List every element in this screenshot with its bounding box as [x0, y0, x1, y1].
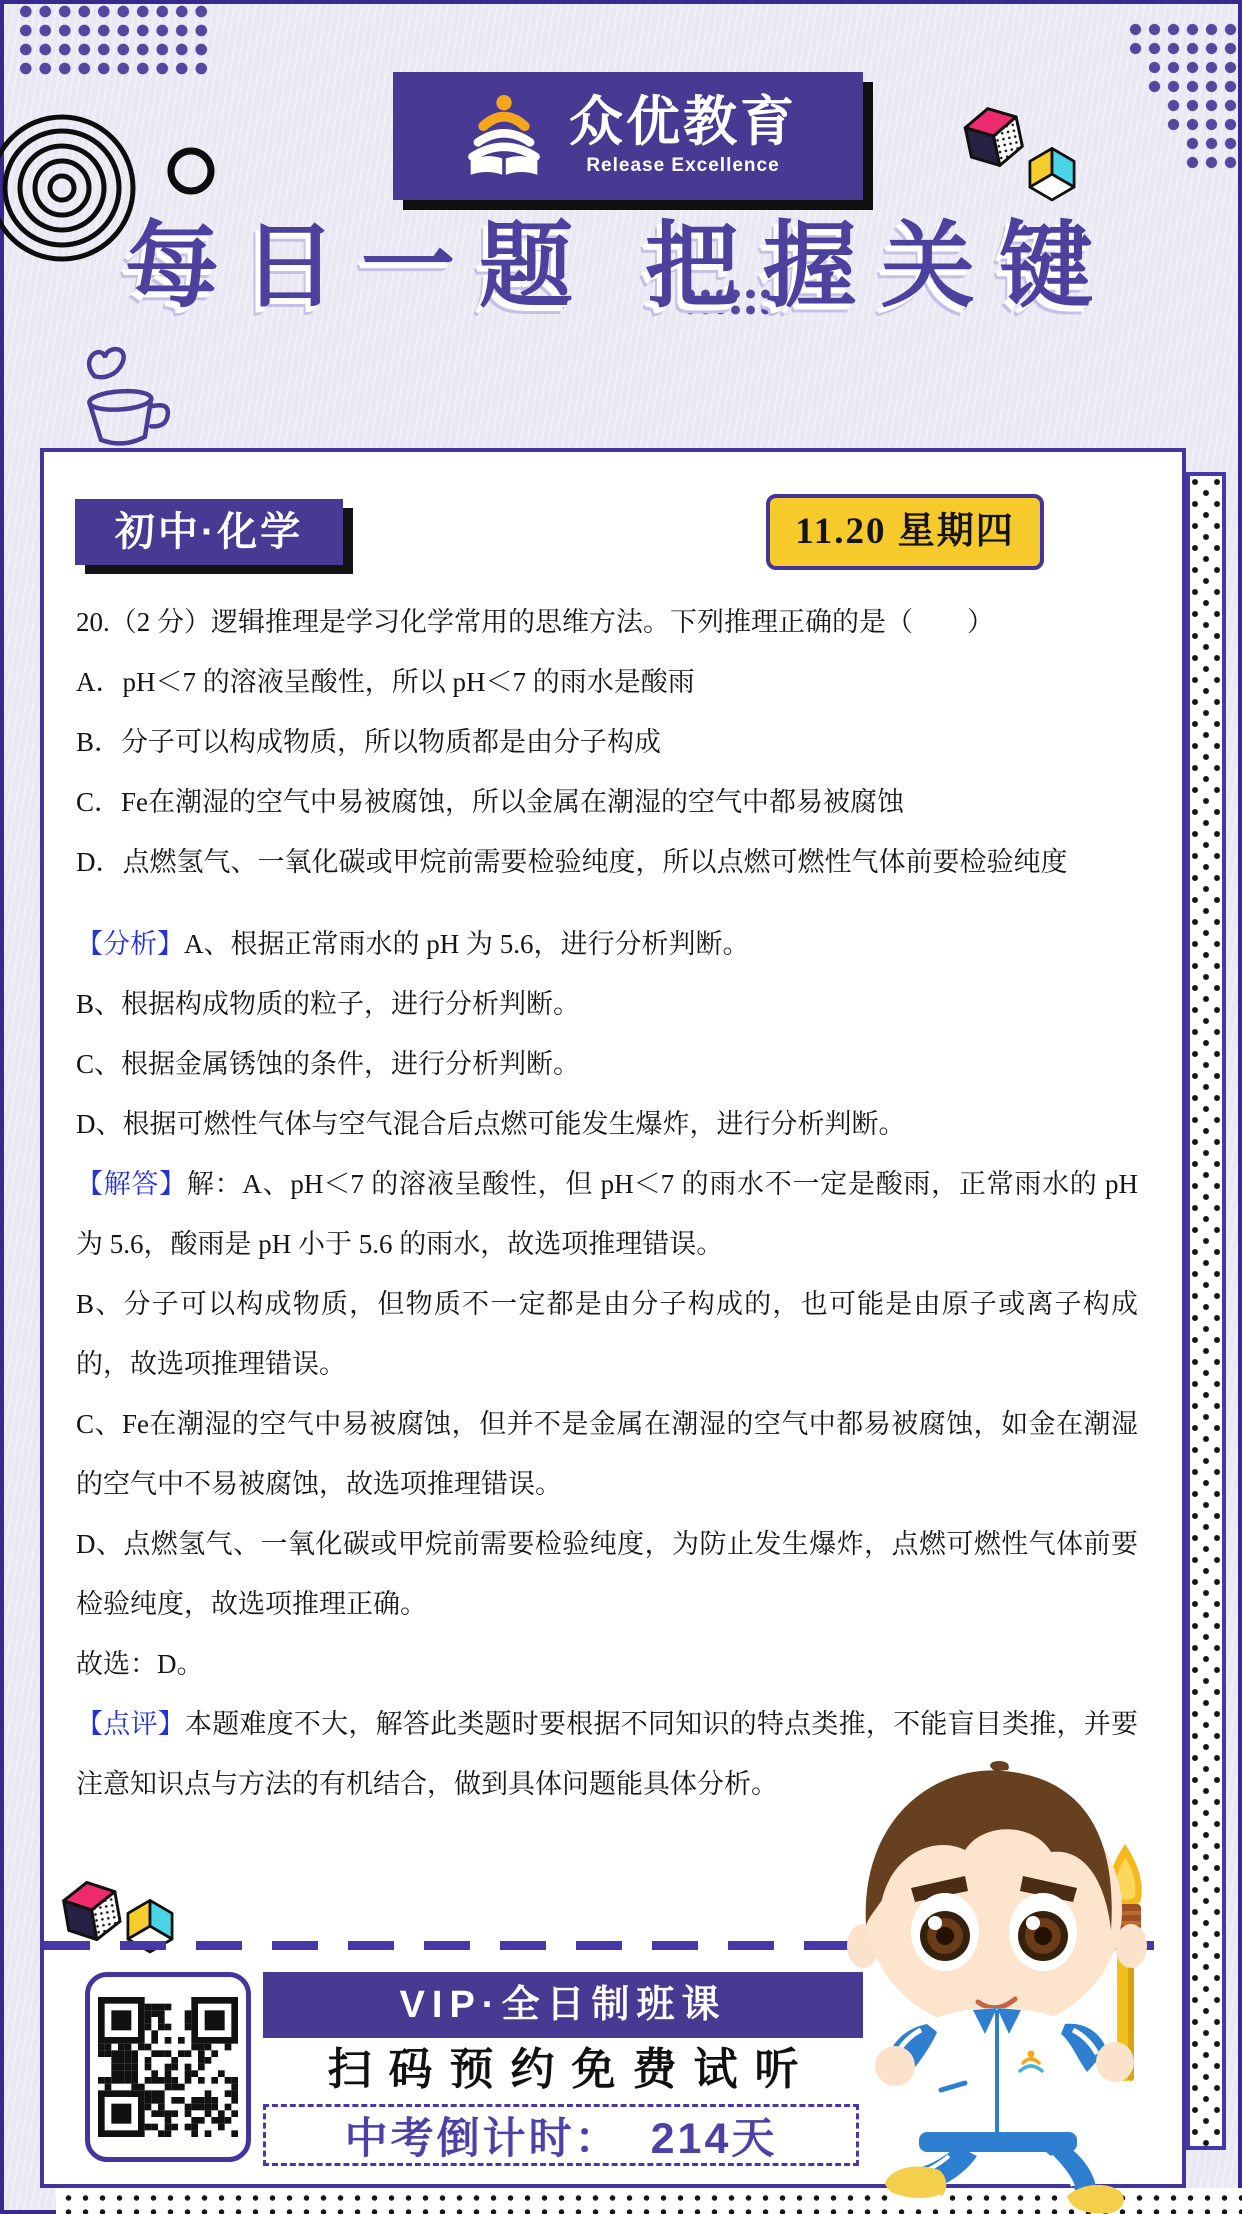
solution-line: D、点燃氢气、一氧化碳或甲烷前需要检验纯度，为防止发生爆炸，点燃可燃性气体前要检…: [76, 1514, 1138, 1634]
dots-pattern-top-left: [16, 2, 214, 78]
logo-name: 众优教育: [569, 95, 797, 149]
logo-book-icon: [459, 90, 549, 182]
date-badge: 11.20 星期四: [766, 494, 1044, 570]
poster-page: 众优教育 Release Excellence 每日一题把握关键: [0, 0, 1242, 2214]
page-title-part2: 把握关键: [645, 213, 1117, 318]
solution-line: C、Fe在潮湿的空气中易被腐蚀，但并不是金属在潮湿的空气中都易被腐蚀，如金在潮湿…: [76, 1394, 1138, 1514]
dots-pattern-top-right: [1126, 20, 1239, 173]
solution-line: B、分子可以构成物质，但物质不一定都是由分子构成的，也可能是由原子或离子构成的，…: [76, 1274, 1138, 1394]
logo-tagline: Release Excellence: [569, 155, 797, 177]
page-title: 每日一题把握关键: [0, 190, 1242, 325]
analysis-label: 【分析】: [76, 929, 184, 959]
option-a: A．pH＜7 的溶液呈酸性，所以 pH＜7 的雨水是酸雨: [76, 652, 1138, 712]
scan-cta-text: 扫码预约免费试听: [263, 2038, 863, 2102]
coffee-cup-icon: [44, 333, 208, 460]
mascot-illustration: [845, 1758, 1150, 2214]
countdown-value: 214天: [651, 2105, 778, 2166]
qr-code: [85, 1972, 251, 2162]
vip-banner: VIP·全日制班课: [263, 1972, 863, 2038]
dotted-strip-right: [1186, 472, 1226, 2150]
subject-badge: 初中·化学: [75, 499, 343, 565]
solution-answer: 故选：D。: [76, 1634, 1138, 1694]
question-content: 20.（2 分）逻辑推理是学习化学常用的思维方法。下列推理正确的是（ ） A．p…: [76, 592, 1138, 1814]
question-stem: 20.（2 分）逻辑推理是学习化学常用的思维方法。下列推理正确的是（ ）: [76, 592, 1138, 652]
solution-line: 【解答】解：A、pH＜7 的溶液呈酸性，但 pH＜7 的雨水不一定是酸雨，正常雨…: [76, 1154, 1138, 1274]
analysis-line: B、根据构成物质的粒子，进行分析判断。: [76, 974, 1138, 1034]
logo-banner: 众优教育 Release Excellence: [393, 72, 863, 200]
analysis-line: C、根据金属锈蚀的条件，进行分析判断。: [76, 1034, 1138, 1094]
option-b: B．分子可以构成物质，所以物质都是由分子构成: [76, 712, 1138, 772]
analysis-line: 【分析】A、根据正常雨水的 pH 为 5.6，进行分析判断。: [76, 914, 1138, 974]
option-d: D．点燃氢气、一氧化碳或甲烷前需要检验纯度，所以点燃可燃性气体前要检验纯度: [76, 832, 1138, 892]
page-title-part1: 每日一题: [125, 213, 597, 318]
analysis-line: D、根据可燃性气体与空气混合后点燃可能发生爆炸，进行分析判断。: [76, 1094, 1138, 1154]
solution-label: 【解答】: [76, 1169, 187, 1199]
countdown-box: 中考倒计时： 214天: [263, 2104, 859, 2166]
cube-decoration-icon: [56, 1868, 186, 1988]
comment-label: 【点评】: [76, 1709, 185, 1739]
countdown-label: 中考倒计时：: [345, 2105, 621, 2166]
option-c: C．Fe在潮湿的空气中易被腐蚀，所以金属在潮湿的空气中都易被腐蚀: [76, 772, 1138, 832]
